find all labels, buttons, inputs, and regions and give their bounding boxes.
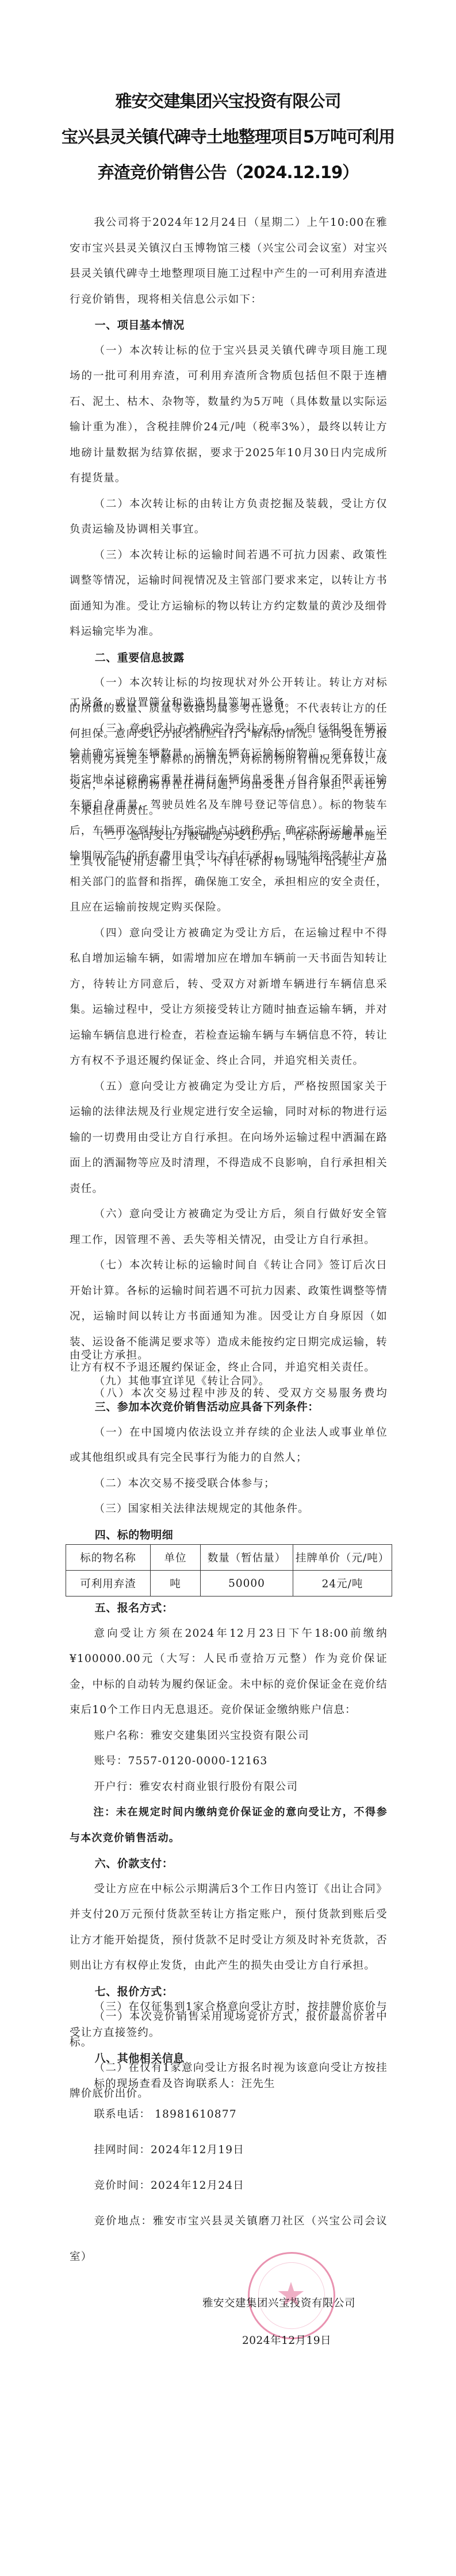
section-heading-8: 八、其他相关信息 — [70, 2046, 388, 2072]
bidding-place: 竞价地点：雅安市宝兴县灵关镇磨刀社区（兴宝公司会议室） — [70, 2204, 388, 2275]
section-heading-5: 五、报名方式： — [70, 1595, 388, 1621]
title-line-2: 宝兴县灵关镇代碑寺土地整理项目5万吨可利用 — [0, 119, 456, 155]
contact-person: 标的现场查看及咨询联系人：汪先生 — [70, 2072, 388, 2097]
intro-paragraph: 我公司将于2024年12月24日（星期二）上午10:00在雅安市宝兴县灵关镇汉白… — [70, 210, 388, 313]
s2-item-5: （五）意向受让方被确定为受让方后，严格按照国家关于运输的法律法规及行业规定进行安… — [70, 1074, 388, 1202]
page-4: （三）在仅征集到1家合格意向受让方时，按挂牌价底价与受让方直接签约。 八、其他相… — [0, 1879, 456, 2576]
page-1: 雅安交建集团兴宝投资有限公司 宝兴县灵关镇代碑寺土地整理项目5万吨可利用 弃渣竞… — [0, 0, 456, 574]
s5-note: 注：未在规定时间内缴纳竞价保证金的意向受让方，不得参与本次竞价销售活动。 — [70, 1800, 388, 1851]
s3-item-2: （二）本次交易不接受联合体参与； — [70, 1471, 388, 1497]
s2-item-6: （六）意向受让方被确定为受让方后，须自行做好安全管理工作，因管理不善、丢失等相关… — [70, 1202, 388, 1253]
s2-item-4: （四）意向受让方被确定为受让方后，在运输过程中不得私自增加运输车辆，如需增加应在… — [70, 921, 388, 1074]
s5-text: 意向受让方须在2024年12月23日下午18:00前缴纳¥100000.00元（… — [70, 1621, 388, 1723]
s1-item-1: （一）本次转让标的位于宝兴县灵关镇代碑寺项目施工现场的一批可利用弃渣，可利用弃渣… — [70, 338, 388, 492]
page-2: 工设备，或设置筛分和洗选机具等加工设备。 （三）意向受让方被确定为受让方后，须自… — [0, 574, 456, 1287]
signature-company: 雅安交建集团兴宝投资有限公司 — [202, 2295, 355, 2310]
document-title: 雅安交建集团兴宝投资有限公司 宝兴县灵关镇代碑寺土地整理项目5万吨可利用 弃渣竞… — [0, 83, 456, 190]
section-heading-6: 六、价款支付： — [70, 1851, 388, 1877]
section-heading-1: 一、项目基本情况 — [70, 313, 388, 338]
title-line-1: 雅安交建集团兴宝投资有限公司 — [0, 83, 456, 119]
s7-item-3: （三）在仅征集到1家合格意向受让方时，按挂牌价底价与受让方直接签约。 — [70, 1995, 388, 2046]
listing-time: 挂网时间：2024年12月19日 — [70, 2132, 388, 2168]
signature-date: 2024年12月19日 — [242, 2332, 331, 2347]
page4-body: （三）在仅征集到1家合格意向受让方时，按挂牌价底价与受让方直接签约。 八、其他相… — [70, 1995, 388, 2275]
section-heading-3: 三、参加本次竞价销售活动应具备下列条件： — [70, 1394, 388, 1420]
page-3: 由受让方承担。 （九）其他事宜详见《转让合同》。 三、参加本次竞价销售活动应具备… — [0, 1287, 456, 1879]
title-line-3: 弃渣竞价销售公告（2024.12.19） — [0, 155, 456, 190]
s2-item-9: （九）其他事宜详见《转让合同》。 — [70, 1369, 388, 1395]
s3-item-1: （一）在中国境内依法设立并存续的企业法人或事业单位或其他组织或具有完全民事行为能… — [70, 1420, 388, 1471]
account-name: 账户名称：雅安交建集团兴宝投资有限公司 — [70, 1723, 388, 1749]
s2-item-3: （三）意向受让方被确定为受让方后，须自行组织车辆运输并确定运输车辆数量。运输车辆… — [70, 716, 388, 921]
s2-item-2-continued: 工设备，或设置筛分和洗选机具等加工设备。 — [70, 691, 388, 716]
bidding-time: 竞价时间：2024年12月24日 — [70, 2168, 388, 2204]
bank-name: 开户行：雅安农村商业银行股份有限公司 — [70, 1775, 388, 1800]
s2-item-8-continued: 由受让方承担。 — [70, 1343, 388, 1369]
contact-phone: 联系电话： 18981610877 — [70, 2097, 388, 2132]
account-number: 账号：7557-0120-0000-12163 — [70, 1749, 388, 1775]
s1-item-2: （二）本次转让标的由转让方负责挖掘及装载，受让方仅负责运输及协调相关事宜。 — [70, 492, 388, 543]
